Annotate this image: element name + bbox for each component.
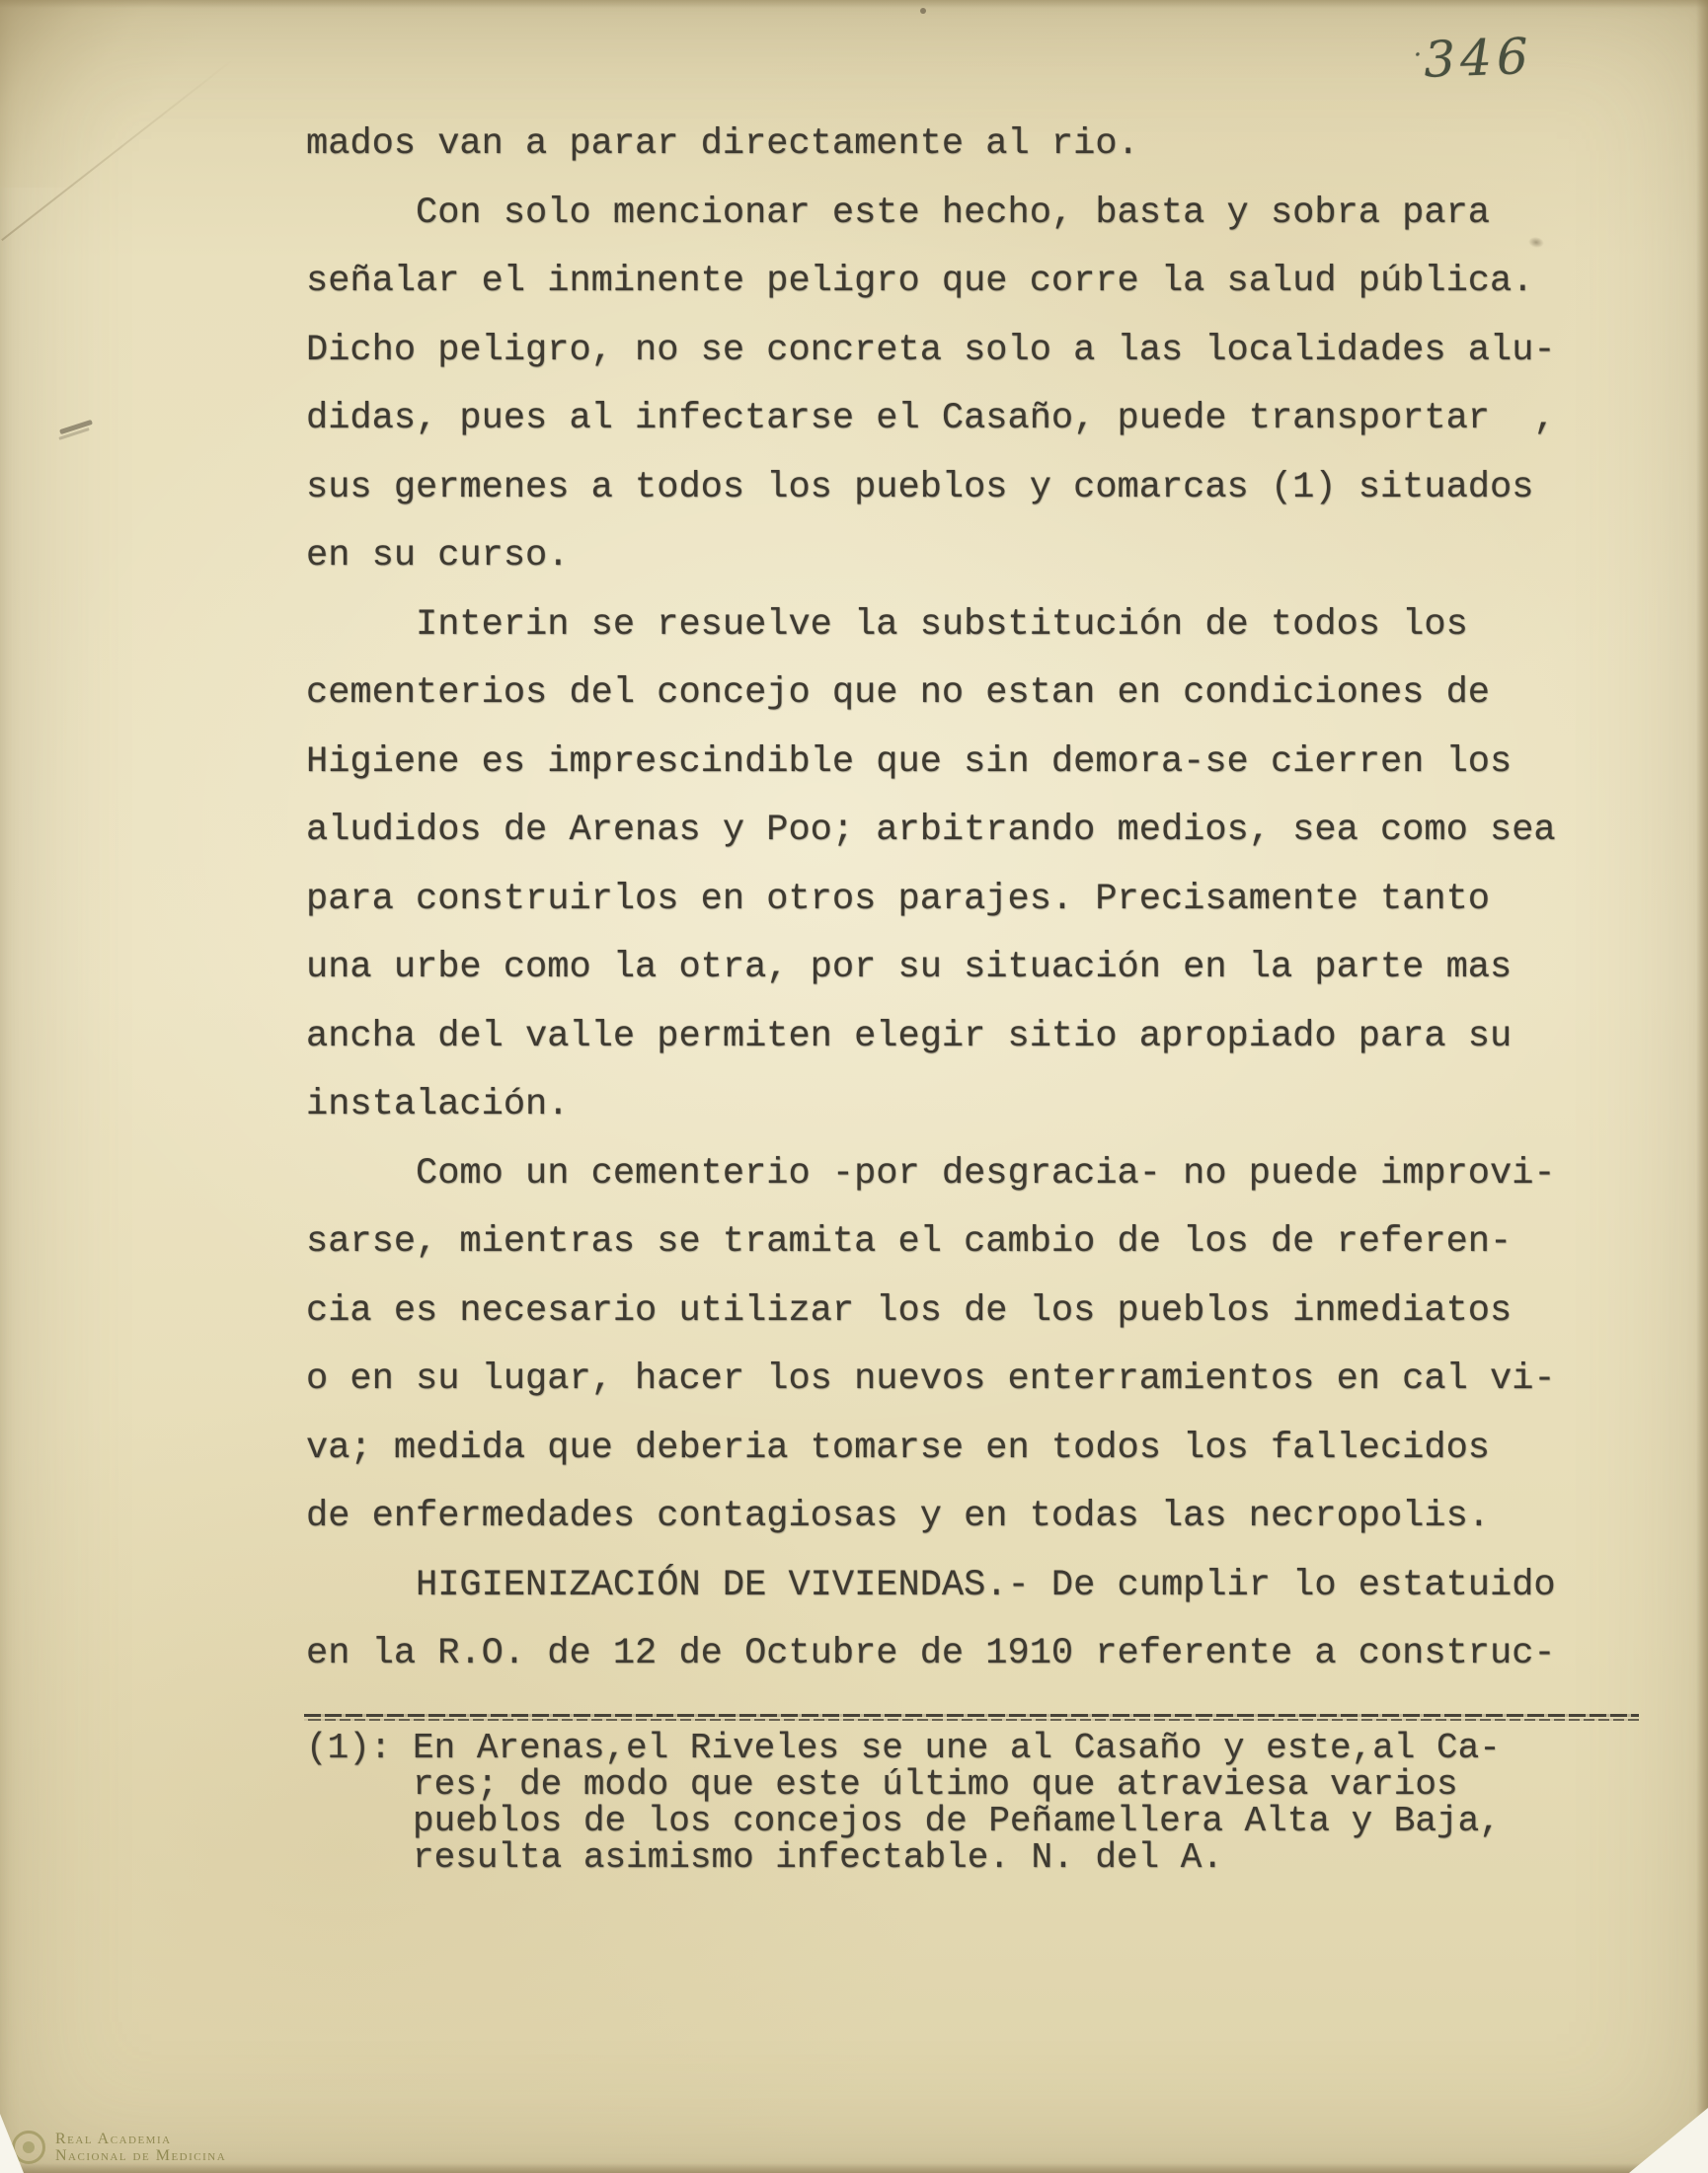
footnote-separator-rule bbox=[304, 1714, 1639, 1721]
body-line: instalación. bbox=[306, 1071, 1556, 1140]
body-line: sus germenes a todos los pueblos y comar… bbox=[306, 454, 1556, 523]
body-line: o en su lugar, hacer los nuevos enterram… bbox=[306, 1346, 1556, 1415]
ink-slash-artifact bbox=[59, 420, 93, 434]
body-line: cia es necesario utilizar los de los pue… bbox=[306, 1278, 1556, 1347]
footnote-line: res; de modo que este último que atravie… bbox=[306, 1766, 1501, 1803]
page-bottom-edge bbox=[0, 2163, 1708, 2173]
body-line: HIGIENIZACIÓN DE VIVIENDAS.- De cumplir … bbox=[306, 1552, 1556, 1621]
body-line: cementerios del concejo que no estan en … bbox=[306, 660, 1556, 729]
body-line: didas, pues al infectarse el Casaño, pue… bbox=[306, 385, 1556, 454]
body-line: ancha del valle permiten elegir sitio ap… bbox=[306, 1003, 1556, 1072]
watermark-line2: Nacional de Medicina bbox=[55, 2147, 226, 2164]
body-line: Interin se resuelve la substitución de t… bbox=[306, 591, 1556, 660]
watermark-text: Real Academia Nacional de Medicina bbox=[55, 2131, 226, 2164]
body-line: Como un cementerio -por desgracia- no pu… bbox=[306, 1140, 1556, 1209]
body-line: Dicho peligro, no se concreta solo a las… bbox=[306, 317, 1556, 386]
folded-corner-shading bbox=[0, 0, 257, 188]
body-line: Con solo mencionar este hecho, basta y s… bbox=[306, 180, 1556, 249]
typewritten-footnote: (1): En Arenas,el Riveles se une al Casa… bbox=[306, 1730, 1501, 1876]
body-line: de enfermedades contagiosas y en todas l… bbox=[306, 1483, 1556, 1552]
speck-artifact bbox=[920, 8, 926, 14]
footnote-line: (1): En Arenas,el Riveles se une al Casa… bbox=[306, 1730, 1501, 1766]
body-line: para construirlos en otros parajes. Prec… bbox=[306, 866, 1556, 935]
page-right-edge bbox=[1696, 0, 1708, 2173]
body-line: mados van a parar directamente al rio. bbox=[306, 111, 1556, 180]
footnote-line: pueblos de los concejos de Peñamellera A… bbox=[306, 1803, 1501, 1839]
watermark-line1: Real Academia bbox=[55, 2131, 226, 2147]
body-line: una urbe como la otra, por su situación … bbox=[306, 934, 1556, 1003]
body-line: Higiene es imprescindible que sin demora… bbox=[306, 729, 1556, 798]
body-line: señalar el inminente peligro que corre l… bbox=[306, 248, 1556, 317]
ranm-logo-inner bbox=[23, 2141, 35, 2153]
body-line: en su curso. bbox=[306, 522, 1556, 591]
body-line: aludidos de Arenas y Poo; arbitrando med… bbox=[306, 797, 1556, 866]
typewritten-body: mados van a parar directamente al rio. C… bbox=[306, 111, 1556, 1689]
page-number-value: 346 bbox=[1423, 28, 1533, 89]
body-line: en la R.O. de 12 de Octubre de 1910 refe… bbox=[306, 1620, 1556, 1689]
scanned-typewritten-page: ·346 mados van a parar directamente al r… bbox=[0, 0, 1708, 2173]
body-line: sarse, mientras se tramita el cambio de … bbox=[306, 1208, 1556, 1278]
body-line: va; medida que deberia tomarse en todos … bbox=[306, 1415, 1556, 1484]
footnote-line: resulta asimismo infectable. N. del A. bbox=[306, 1839, 1501, 1876]
handwritten-page-number: ·346 bbox=[1413, 28, 1534, 89]
page-top-edge bbox=[0, 0, 1708, 8]
